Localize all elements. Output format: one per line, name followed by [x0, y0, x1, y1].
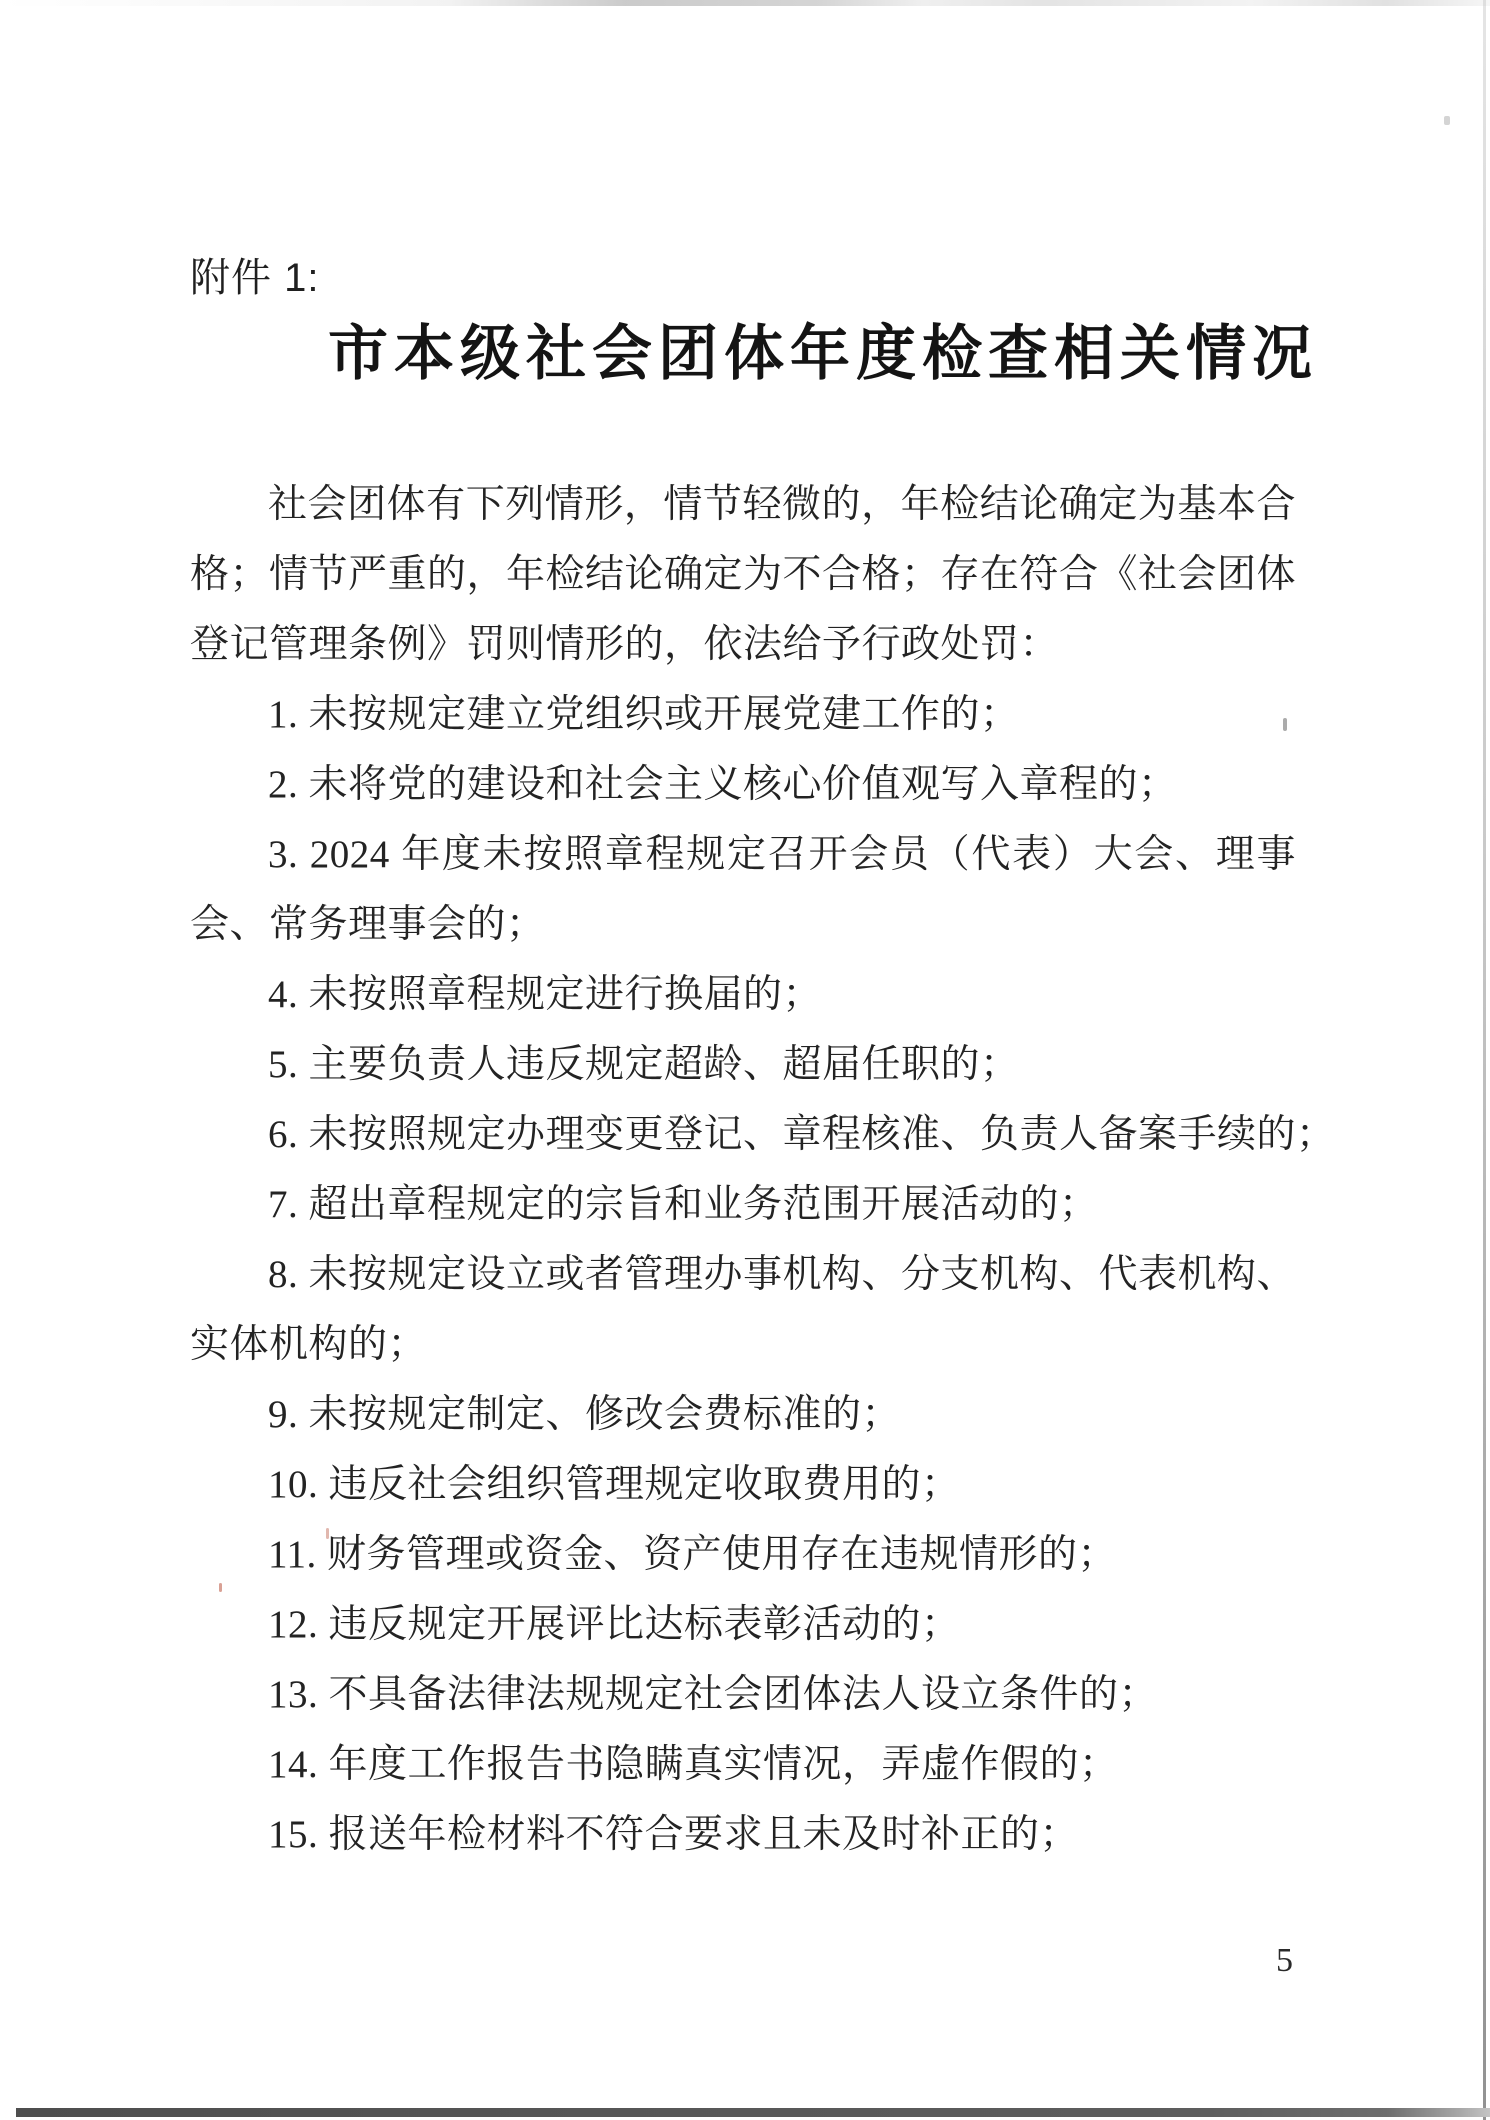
text-line: 9. 未按规定制定、修改会费标准的； — [190, 1380, 1296, 1450]
scan-speck — [1444, 116, 1450, 125]
text-line: 11. 财务管理或资金、资产使用存在违规情形的； — [190, 1520, 1296, 1590]
document-lines: 社会团体有下列情形，情节轻微的，年检结论确定为基本合格；情节严重的，年检结论确定… — [190, 470, 1296, 1870]
page-title: 市本级社会团体年度检查相关情况 — [328, 306, 1318, 392]
text-line: 7. 超出章程规定的宗旨和业务范围开展活动的； — [190, 1170, 1296, 1240]
text-line: 3. 2024 年度未按照章程规定召开会员（代表）大会、理事 — [190, 820, 1296, 890]
scanned-document-page: 附件 1: 市本级社会团体年度检查相关情况 社会团体有下列情形，情节轻微的，年检… — [0, 0, 1490, 2120]
text-line: 社会团体有下列情形，情节轻微的，年检结论确定为基本合 — [190, 470, 1296, 540]
page-number: 5 — [1276, 1942, 1293, 1980]
text-line: 10. 违反社会组织管理规定收取费用的； — [190, 1450, 1296, 1520]
text-line: 8. 未按规定设立或者管理办事机构、分支机构、代表机构、 — [190, 1240, 1296, 1310]
text-line: 5. 主要负责人违反规定超龄、超届任职的； — [190, 1030, 1296, 1100]
text-line: 14. 年度工作报告书隐瞒真实情况，弄虚作假的； — [190, 1730, 1296, 1800]
text-line: 1. 未按规定建立党组织或开展党建工作的； — [190, 680, 1296, 750]
text-line: 2. 未将党的建设和社会主义核心价值观写入章程的； — [190, 750, 1296, 820]
text-line: 会、常务理事会的； — [190, 890, 1296, 960]
text-line: 15. 报送年检材料不符合要求且未及时补正的； — [190, 1800, 1296, 1870]
scan-right-edge-artifact — [1483, 0, 1486, 2120]
scan-bottom-edge-artifact — [16, 2108, 1490, 2117]
text-line: 4. 未按照章程规定进行换届的； — [190, 960, 1296, 1030]
text-line: 实体机构的； — [190, 1310, 1296, 1380]
text-line: 登记管理条例》罚则情形的，依法给予行政处罚： — [190, 610, 1296, 680]
scan-top-edge-artifact — [0, 0, 1490, 6]
text-line: 格；情节严重的，年检结论确定为不合格；存在符合《社会团体 — [190, 540, 1296, 610]
attachment-label: 附件 1: — [190, 246, 319, 303]
text-line: 13. 不具备法律法规规定社会团体法人设立条件的； — [190, 1660, 1296, 1730]
text-line: 6. 未按照规定办理变更登记、章程核准、负责人备案手续的； — [190, 1100, 1296, 1170]
text-line: 12. 违反规定开展评比达标表彰活动的； — [190, 1590, 1296, 1660]
